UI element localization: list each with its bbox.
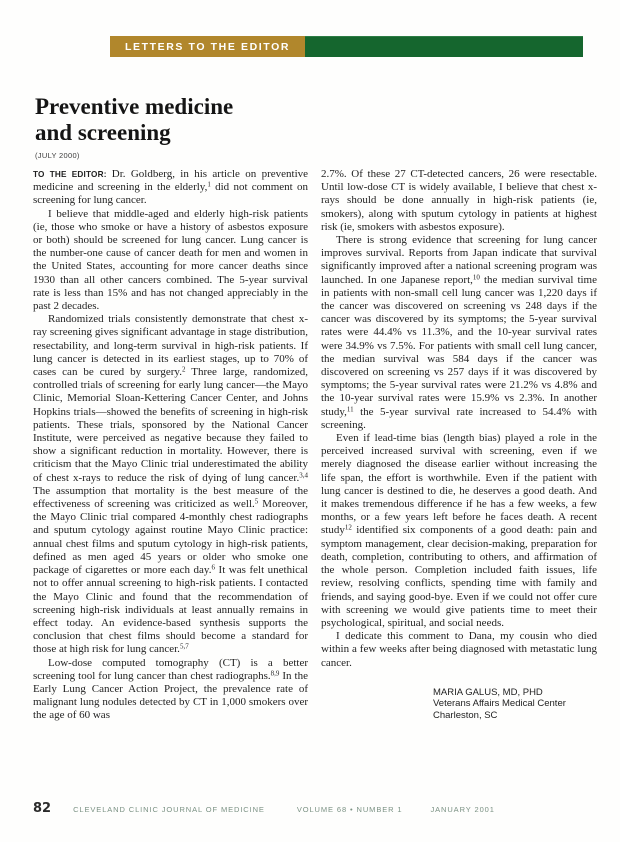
volume-number: VOLUME 68 • NUMBER 1	[297, 805, 403, 814]
page-number: 82	[33, 801, 51, 816]
journal-page: LETTERS TO THE EDITOR Preventive medicin…	[0, 0, 620, 842]
right-column: 2.7%. Of these 27 CT-detected cancers, 2…	[321, 168, 597, 723]
page-footer: 82 CLEVELAND CLINIC JOURNAL OF MEDICINE …	[33, 801, 597, 816]
article-title-line1: Preventive medicine	[35, 94, 233, 119]
paragraph: Randomized trials consistently demonstra…	[33, 313, 308, 656]
header-rule	[305, 36, 583, 57]
author-location: Charleston, SC	[433, 710, 597, 722]
title-block: Preventive medicineand screening (JULY 2…	[35, 94, 315, 160]
paragraph: There is strong evidence that screening …	[321, 234, 597, 432]
article-title: Preventive medicineand screening	[35, 94, 315, 146]
article-body: TO THE EDITOR: Dr. Goldberg, in his arti…	[33, 168, 597, 723]
paragraph: TO THE EDITOR: Dr. Goldberg, in his arti…	[33, 168, 308, 208]
paragraph: I believe that middle-aged and elderly h…	[33, 208, 308, 314]
paragraph: Low-dose computed tomography (CT) is a b…	[33, 657, 308, 723]
article-title-line2: and screening	[35, 120, 171, 145]
left-column: TO THE EDITOR: Dr. Goldberg, in his arti…	[33, 168, 308, 723]
author-name: MARIA GALUS, MD, PHD	[433, 687, 597, 699]
paragraph: I dedicate this comment to Dana, my cous…	[321, 630, 597, 670]
section-banner: LETTERS TO THE EDITOR	[110, 36, 305, 57]
paragraph: 2.7%. Of these 27 CT-detected cancers, 2…	[321, 168, 597, 234]
journal-name: CLEVELAND CLINIC JOURNAL OF MEDICINE	[73, 805, 265, 814]
signature-block: MARIA GALUS, MD, PHD Veterans Affairs Me…	[321, 687, 597, 722]
section-header-band: LETTERS TO THE EDITOR	[110, 36, 583, 57]
paragraph: Even if lead-time bias (length bias) pla…	[321, 432, 597, 630]
original-article-date: (JULY 2000)	[35, 151, 315, 160]
author-affiliation: Veterans Affairs Medical Center	[433, 698, 597, 710]
section-banner-label: LETTERS TO THE EDITOR	[125, 41, 290, 53]
issue-date: JANUARY 2001	[431, 805, 495, 814]
